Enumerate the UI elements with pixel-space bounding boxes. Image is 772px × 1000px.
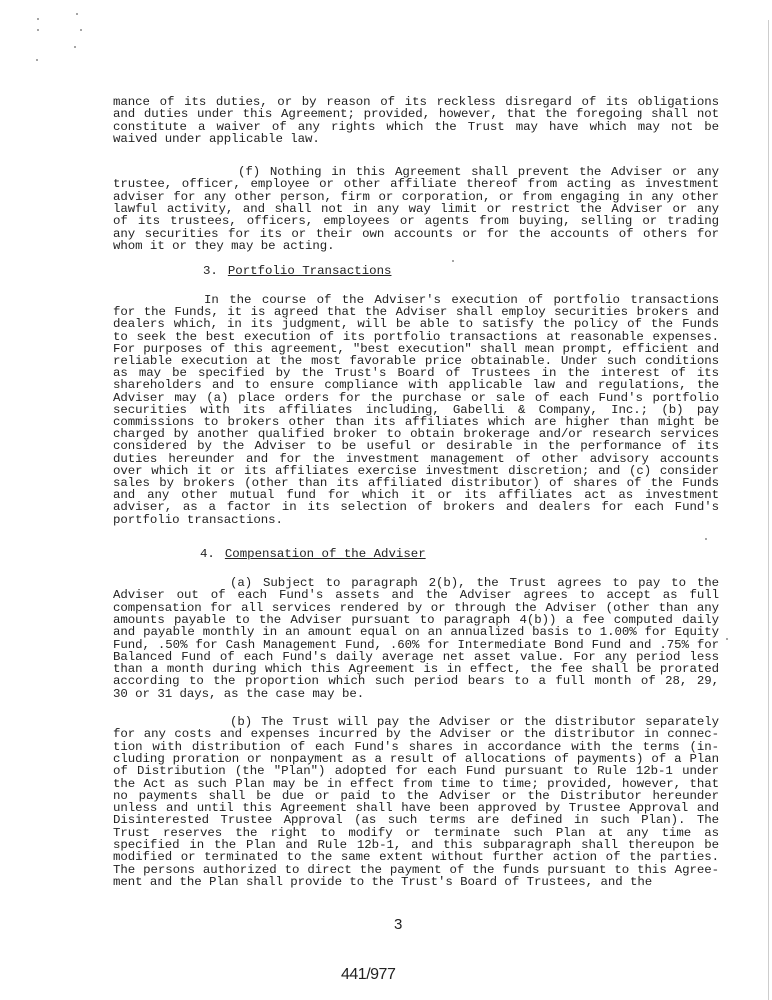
section-number: 4. [200, 547, 215, 561]
scan-speck [452, 260, 454, 262]
section-3-heading: 3.Portfolio Transactions [203, 265, 391, 278]
scan-speck [36, 59, 38, 61]
scan-speck [705, 538, 707, 540]
scan-speck [726, 638, 728, 640]
paragraph-f-line: whom it or they may be acting. [113, 240, 719, 253]
section-title: Portfolio Transactions [228, 264, 392, 278]
scan-speck [76, 13, 78, 15]
section-3-line: portfolio transactions. [113, 514, 719, 527]
bates-number: 441/977 [341, 966, 395, 984]
section-title: Compensation of the Adviser [225, 547, 426, 561]
paragraph-e-line: waived under applicable law. [113, 133, 719, 146]
section-number: 3. [203, 264, 218, 278]
scan-speck [74, 46, 76, 48]
scan-edge-line [768, 20, 769, 1000]
paragraph-4a-line: 30 or 31 days, as the case may be. [113, 688, 719, 701]
scan-speck [37, 29, 39, 31]
scan-speck [37, 18, 39, 20]
paragraph-4b-line: ment and the Plan shall provide to the T… [113, 876, 719, 889]
section-4-heading: 4.Compensation of the Adviser [200, 548, 426, 561]
document-page: mance of its duties, or by reason of its… [0, 0, 772, 1000]
page-number: 3 [394, 916, 402, 933]
scan-speck [80, 29, 82, 31]
